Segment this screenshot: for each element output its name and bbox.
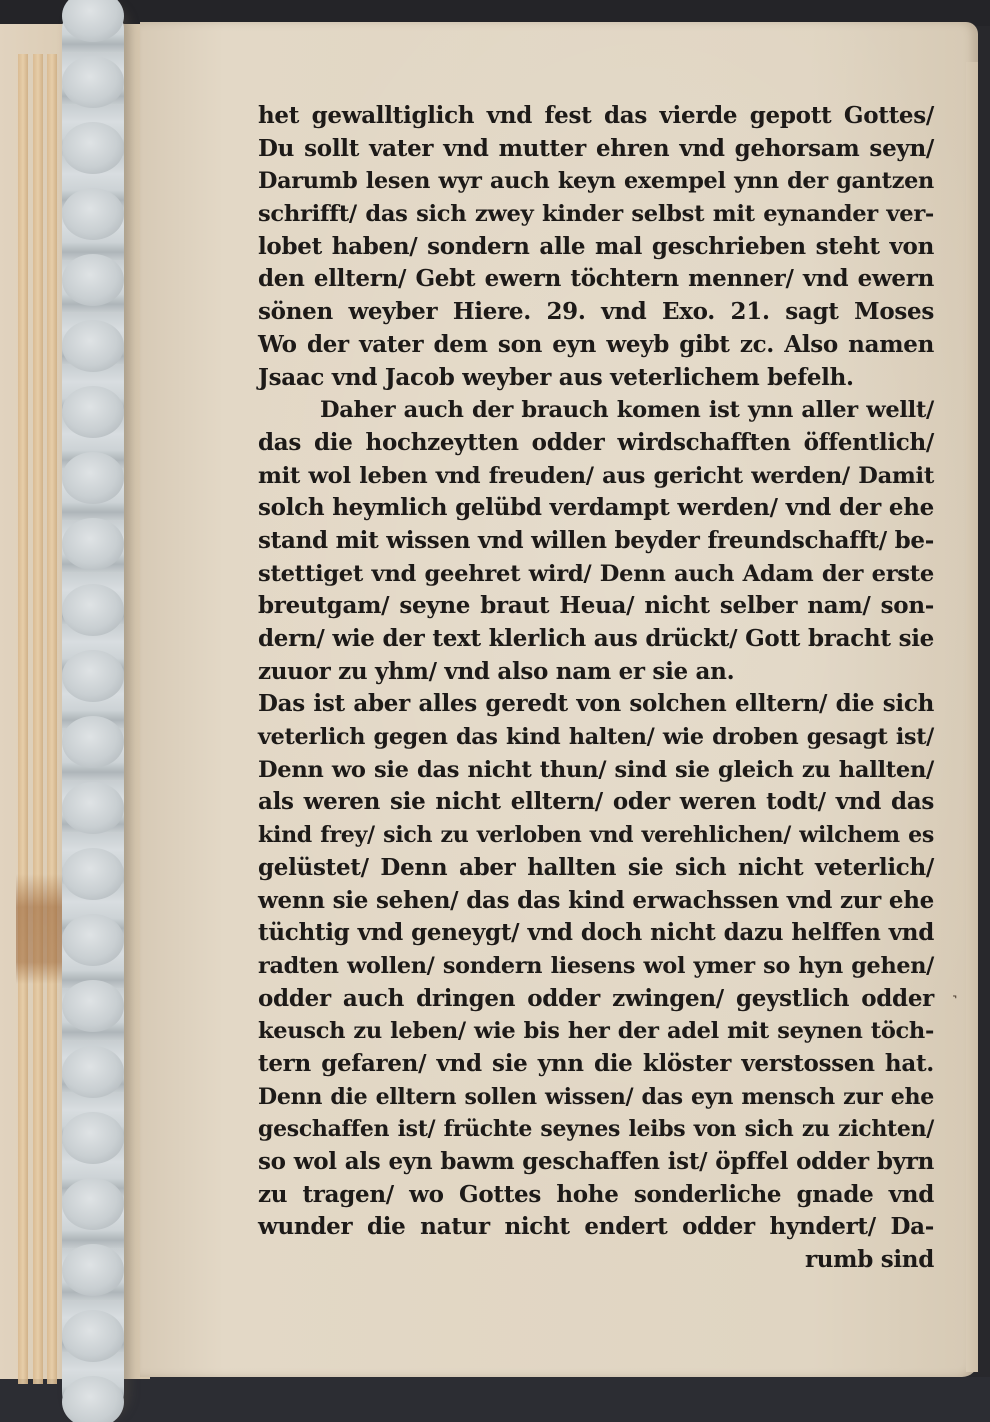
- cord-bead: [62, 914, 124, 966]
- text-line: tüchtig vnd geneygt/ vnd doch nicht dazu…: [258, 917, 934, 950]
- text-line: zuuor zu yhm/ vnd also nam er sie an.: [258, 656, 934, 689]
- cord-bead: [62, 782, 124, 834]
- page-holder-cord: [62, 0, 124, 1422]
- text-line: stettiget vnd geehret wird/ Denn auch Ad…: [258, 558, 934, 591]
- cord-bead: [62, 980, 124, 1032]
- cord-bead: [62, 1310, 124, 1362]
- text-line: Jsaac vnd Jacob weyber aus veterlichem b…: [258, 362, 934, 395]
- text-line: veterlich gegen das kind halten/ wie dro…: [258, 721, 934, 754]
- text-line: sönen weyber Hiere. 29. vnd Exo. 21. sag…: [258, 296, 934, 329]
- text-line: keusch zu leben/ wie bis her der adel mi…: [258, 1015, 934, 1048]
- cord-bead: [62, 254, 124, 306]
- text-line: zu tragen/ wo Gottes hohe sonderliche gn…: [258, 1179, 934, 1212]
- text-line: het gewalltiglich vnd fest das vierde ge…: [258, 100, 934, 133]
- cord-bead: [62, 584, 124, 636]
- cord-bead: [62, 320, 124, 372]
- text-line: als weren sie nicht elltern/ oder weren …: [258, 786, 934, 819]
- paragraph: Daher auch der brauch komen ist ynn alle…: [258, 394, 934, 688]
- paragraph: Das ist aber alles geredt von solchen el…: [258, 688, 934, 1244]
- text-line: radten wollen/ sondern liesens wol ymer …: [258, 950, 934, 983]
- cord-bead: [62, 848, 124, 900]
- text-line: Denn wo sie das nicht thun/ sind sie gle…: [258, 754, 934, 787]
- text-line: mit wol leben vnd freuden/ aus gericht w…: [258, 460, 934, 493]
- text-line: lobet haben/ sondern alle mal geschriebe…: [258, 231, 934, 264]
- cord-bead: [62, 1244, 124, 1296]
- text-line: tern gefaren/ vnd sie ynn die klöster ve…: [258, 1048, 934, 1081]
- text-line: wunder die natur nicht endert odder hynd…: [258, 1211, 934, 1244]
- text-line: schrifft/ das sich zwey kinder selbst mi…: [258, 198, 934, 231]
- cord-bead: [62, 1046, 124, 1098]
- cord-bead: [62, 386, 124, 438]
- text-line: Du sollt vater vnd mutter ehren vnd geho…: [258, 133, 934, 166]
- cord-bead: [62, 716, 124, 768]
- leaf-edge: [18, 54, 28, 1384]
- cord-bead: [62, 122, 124, 174]
- book-photograph: het gewalltiglich vnd fest das vierde ge…: [0, 0, 990, 1422]
- text-line: breutgam/ seyne braut Heua/ nicht selber…: [258, 590, 934, 623]
- page-fore-edge: [966, 62, 978, 1372]
- leaf-edge: [33, 54, 43, 1384]
- water-stain: [16, 874, 62, 984]
- cord-bead: [62, 188, 124, 240]
- text-block: het gewalltiglich vnd fest das vierde ge…: [258, 100, 934, 1277]
- text-line: kind frey/ sich zu verloben vnd verehlic…: [258, 819, 934, 852]
- text-line: Wo der vater dem son eyn weyb gibt zc. A…: [258, 329, 934, 362]
- text-line: gelüstet/ Denn aber hallten sie sich nic…: [258, 852, 934, 885]
- text-line: odder auch dringen odder zwingen/ geystl…: [258, 983, 934, 1016]
- cord-bead: [62, 1178, 124, 1230]
- cord-bead: [62, 0, 124, 42]
- cord-bead: [62, 650, 124, 702]
- cord-bead: [62, 518, 124, 570]
- text-line: wenn sie sehen/ das das kind erwachssen …: [258, 885, 934, 918]
- dark-backdrop-bottom: [0, 1377, 990, 1422]
- text-line: Darumb lesen wyr auch keyn exempel ynn d…: [258, 165, 934, 198]
- text-line: den elltern/ Gebt ewern töchtern menner/…: [258, 263, 934, 296]
- text-line: geschaffen ist/ früchte seynes leibs von…: [258, 1113, 934, 1146]
- cord-bead: [62, 56, 124, 108]
- text-line: das die hochzeytten odder wirdschafften …: [258, 427, 934, 460]
- text-line: Das ist aber alles geredt von solchen el…: [258, 688, 934, 721]
- text-line: so wol als eyn bawm geschaffen ist/ öpff…: [258, 1146, 934, 1179]
- paragraph: het gewalltiglich vnd fest das vierde ge…: [258, 100, 934, 394]
- text-line: Daher auch der brauch komen ist ynn alle…: [258, 394, 934, 427]
- text-line: dern/ wie der text klerlich aus drückt/ …: [258, 623, 934, 656]
- catchword: rumb sind: [258, 1244, 934, 1277]
- text-line: Denn die elltern sollen wissen/ das eyn …: [258, 1081, 934, 1114]
- text-line: solch heymlich gelübd verdampt werden/ v…: [258, 492, 934, 525]
- cord-bead: [62, 1376, 124, 1422]
- leaf-edge: [47, 54, 57, 1384]
- text-line: stand mit wissen vnd willen beyder freun…: [258, 525, 934, 558]
- cord-bead: [62, 1112, 124, 1164]
- cord-bead: [62, 452, 124, 504]
- marginal-ink-mark: ˺: [952, 992, 962, 1010]
